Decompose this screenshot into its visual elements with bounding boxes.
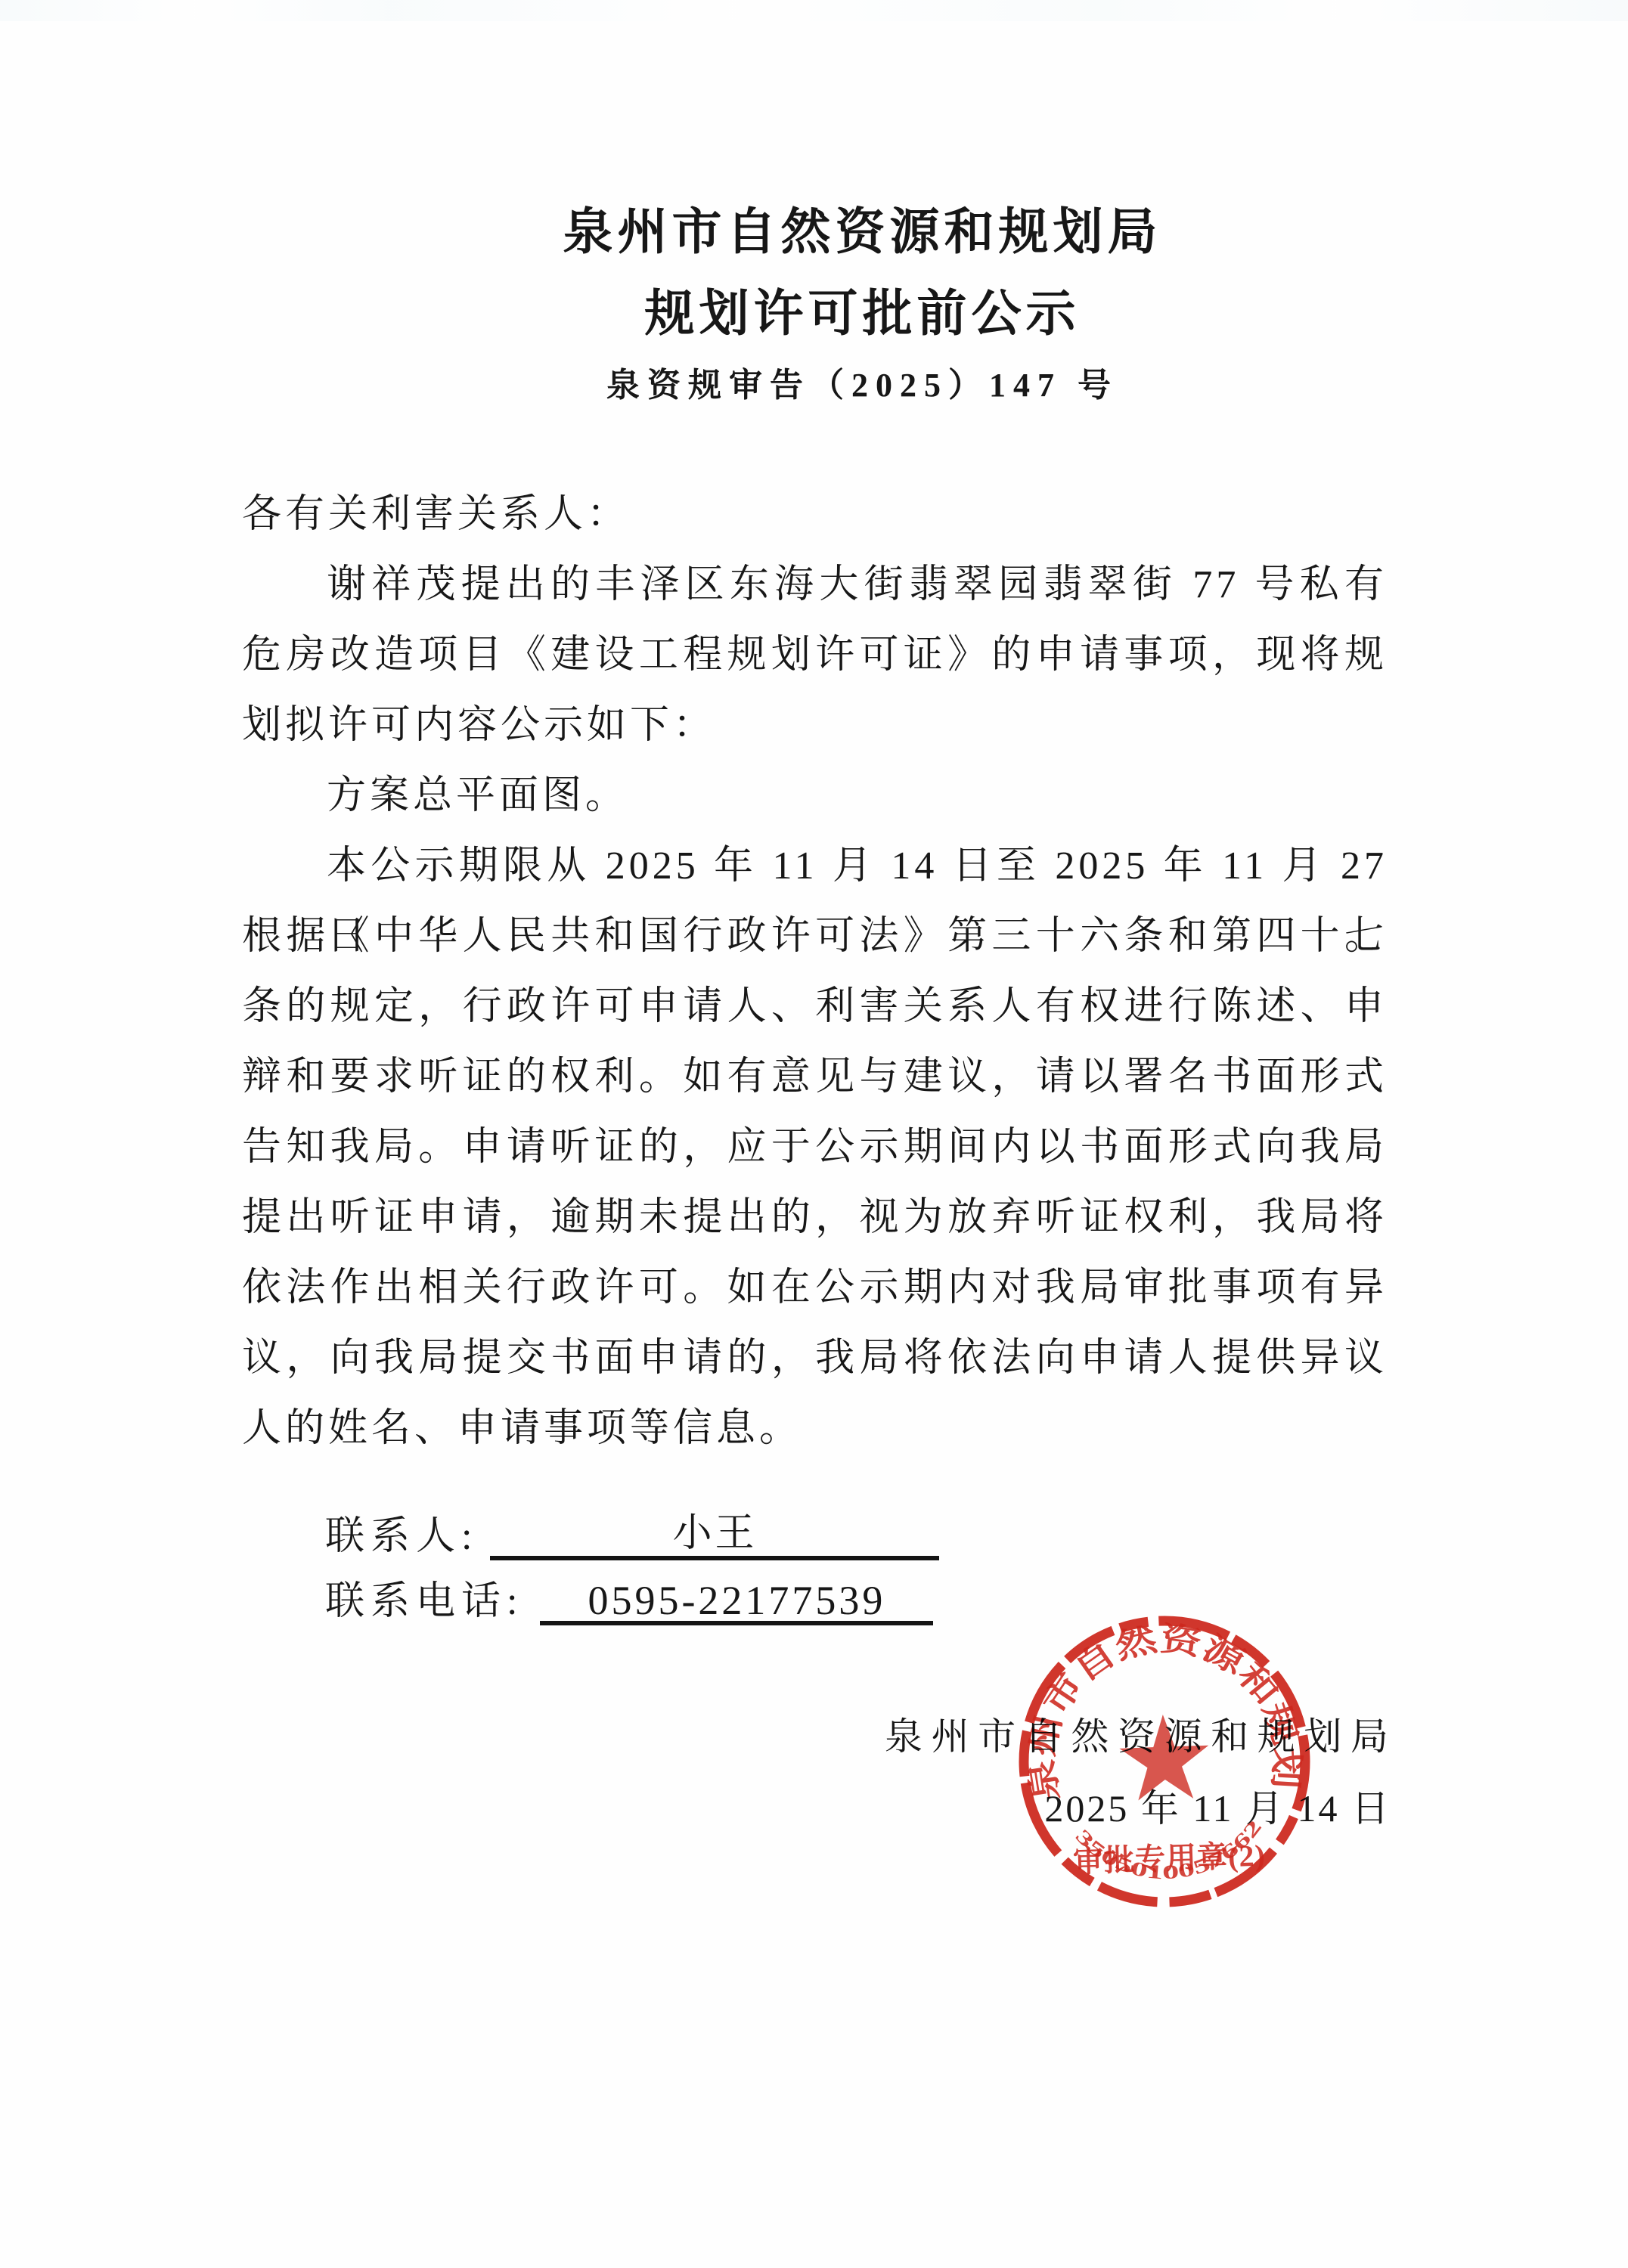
contact-phone-row: 联系电话: 0595-22177539: [325, 1579, 933, 1625]
body-line: 危房改造项目《建设工程规划许可证》的申请事项，现将规: [242, 620, 1388, 690]
body-line: 根据《中华人民共和国行政许可法》第三十六条和第四十七: [242, 901, 1388, 971]
body-text: 各有关利害关系人： 谢祥茂提出的丰泽区东海大街翡翠园翡翠街 77 号私有 危房改…: [242, 479, 1388, 1464]
body-line: 提出听证申请，逾期未提出的，视为放弃听证权利，我局将: [242, 1182, 1388, 1253]
contact-phone-value: 0595-22177539: [540, 1580, 933, 1625]
body-line: 条的规定，行政许可申请人、利害关系人有权进行陈述、申: [242, 971, 1388, 1042]
contact-person-row: 联系人: 小王: [325, 1512, 939, 1560]
body-line: 议，向我局提交书面申请的，我局将依法向申请人提供异议: [242, 1323, 1388, 1393]
contact-person-value: 小王: [490, 1512, 939, 1560]
contact-person-label: 联系人:: [325, 1514, 478, 1560]
body-line: 依法作出相关行政许可。如在公示期内对我局审批事项有异: [242, 1253, 1388, 1323]
scan-artifact-strip: [0, 0, 1628, 21]
body-line: 各有关利害关系人：: [242, 479, 1388, 550]
title-line-2: 规划许可批前公示: [290, 277, 1435, 352]
document-page: 泉州市自然资源和规划局 规划许可批前公示 泉资规审告（2025）147 号 各有…: [0, 0, 1628, 2268]
body-line: 谢祥茂提出的丰泽区东海大街翡翠园翡翠街 77 号私有: [242, 550, 1388, 620]
contact-phone-label: 联系电话:: [325, 1579, 523, 1625]
body-line: 告知我局。申请听证的，应于公示期间内以书面形式向我局: [242, 1112, 1388, 1182]
body-line: 划拟许可内容公示如下：: [242, 690, 1388, 761]
seal-star-icon: [1118, 1713, 1211, 1801]
body-line: 人的姓名、申请事项等信息。: [242, 1393, 1388, 1464]
official-seal: 泉州市自然资源和规划局 审批专用章(2) 3505010057662: [1008, 1605, 1321, 1918]
body-line: 辩和要求听证的权利。如有意见与建议，请以署名书面形式: [242, 1042, 1388, 1112]
document-header: 泉州市自然资源和规划局 规划许可批前公示 泉资规审告（2025）147 号: [290, 198, 1435, 407]
body-line: 方案总平面图。: [242, 761, 1388, 831]
doc-number: 泉资规审告（2025）147 号: [290, 364, 1435, 407]
title-line-1: 泉州市自然资源和规划局: [290, 198, 1435, 268]
body-line: 本公示期限从 2025 年 11 月 14 日至 2025 年 11 月 27 …: [242, 831, 1388, 901]
